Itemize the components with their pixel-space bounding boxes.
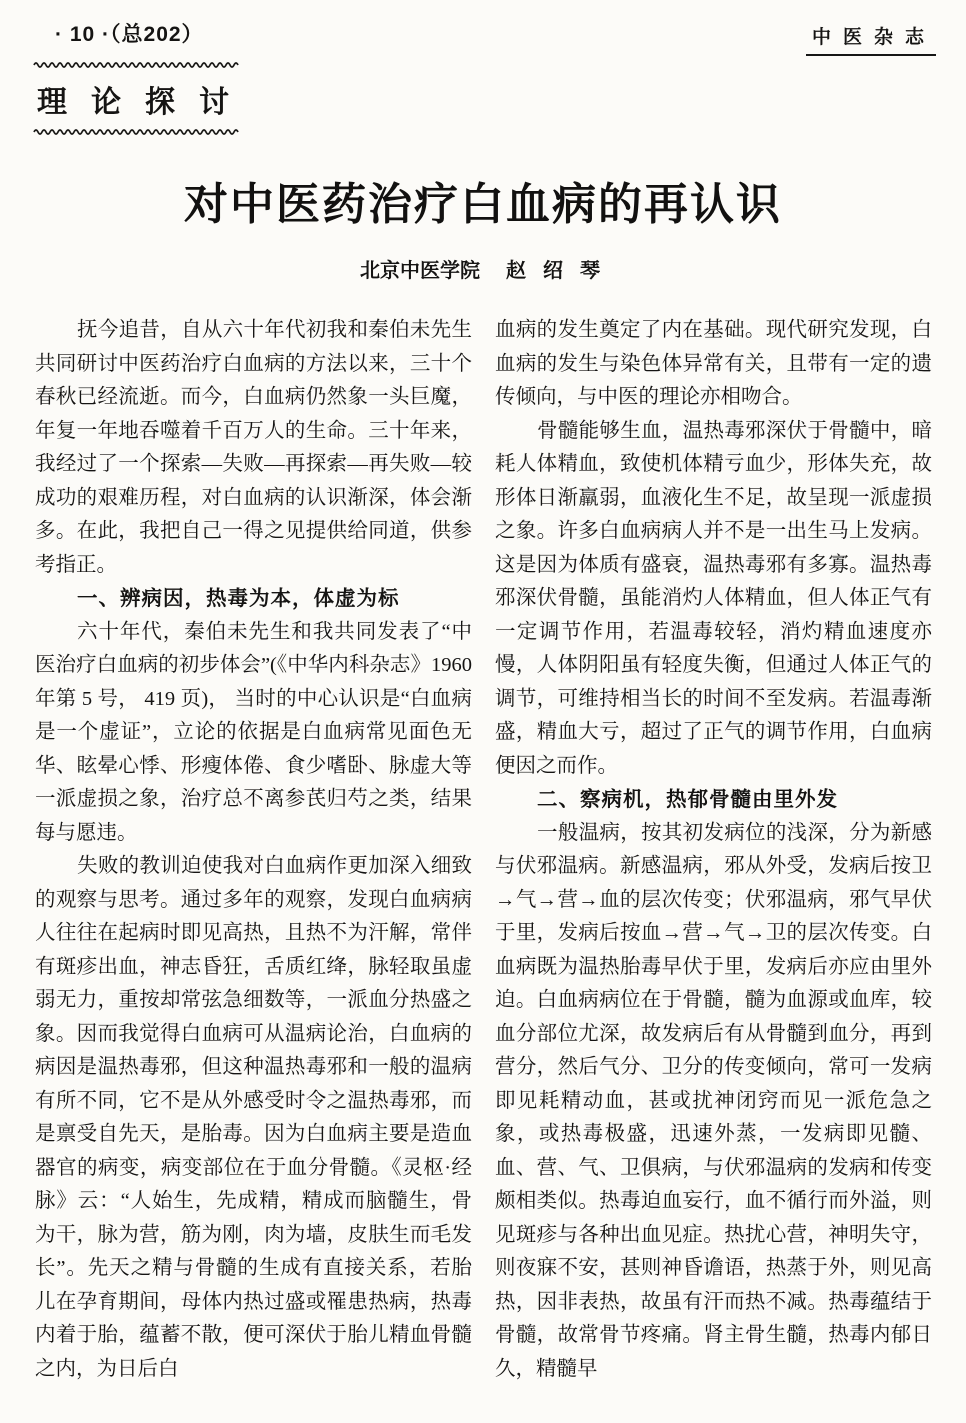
wavy-rule-bottom-icon <box>33 127 241 136</box>
paragraph: 骨髓能够生血，温热毒邪深伏于骨髓中，暗耗人体精血，致使机体精亏血少，形体失充，故… <box>495 415 932 784</box>
journal-name: 中医杂志 <box>806 22 936 56</box>
journal-page: · 10 ·（总202） 中医杂志 理论探讨 对中医药治疗白血病的再认识 北京中… <box>0 0 966 1423</box>
section-label-box: 理论探讨 <box>33 60 245 136</box>
author-affiliation: 北京中医学院 <box>360 260 480 282</box>
right-column: 血病的发生奠定了内在基础。现代研究发现，白血病的发生与染色体异常有关，且带有一定… <box>495 314 932 1386</box>
paragraph: 失败的教训迫使我对白血病作更加深入细致的观察与思考。通过多年的观察，发现白血病病… <box>35 850 472 1386</box>
section-heading: 二、察病机，热郁骨髓由里外发 <box>495 783 932 817</box>
article-title: 对中医药治疗白血病的再认识 <box>0 168 966 232</box>
page-number: · 10 ·（总202） <box>55 18 204 48</box>
paragraph: 血病的发生奠定了内在基础。现代研究发现，白血病的发生与染色体异常有关，且带有一定… <box>495 314 932 415</box>
paragraph: 抚今追昔，自从六十年代初我和秦伯未先生共同研讨中医药治疗白血病的方法以来，三十个… <box>35 314 472 582</box>
wavy-rule-top-icon <box>33 60 241 69</box>
paragraph: 六十年代，秦伯未先生和我共同发表了“中医治疗白血病的初步体会”(《中华内科杂志》… <box>35 616 472 851</box>
left-column: 抚今追昔，自从六十年代初我和秦伯未先生共同研讨中医药治疗白血病的方法以来，三十个… <box>35 314 472 1386</box>
author-name: 赵 绍 琴 <box>506 260 606 282</box>
byline: 北京中医学院赵 绍 琴 <box>0 254 966 283</box>
article-body: 抚今追昔，自从六十年代初我和秦伯未先生共同研讨中医药治疗白血病的方法以来，三十个… <box>35 314 932 1386</box>
section-heading: 一、辨病因，热毒为本，体虚为标 <box>35 582 472 616</box>
paragraph: 一般温病，按其初发病位的浅深，分为新感与伏邪温病。新感温病，邪从外受，发病后按卫… <box>495 817 932 1387</box>
section-label: 理论探讨 <box>37 77 245 121</box>
